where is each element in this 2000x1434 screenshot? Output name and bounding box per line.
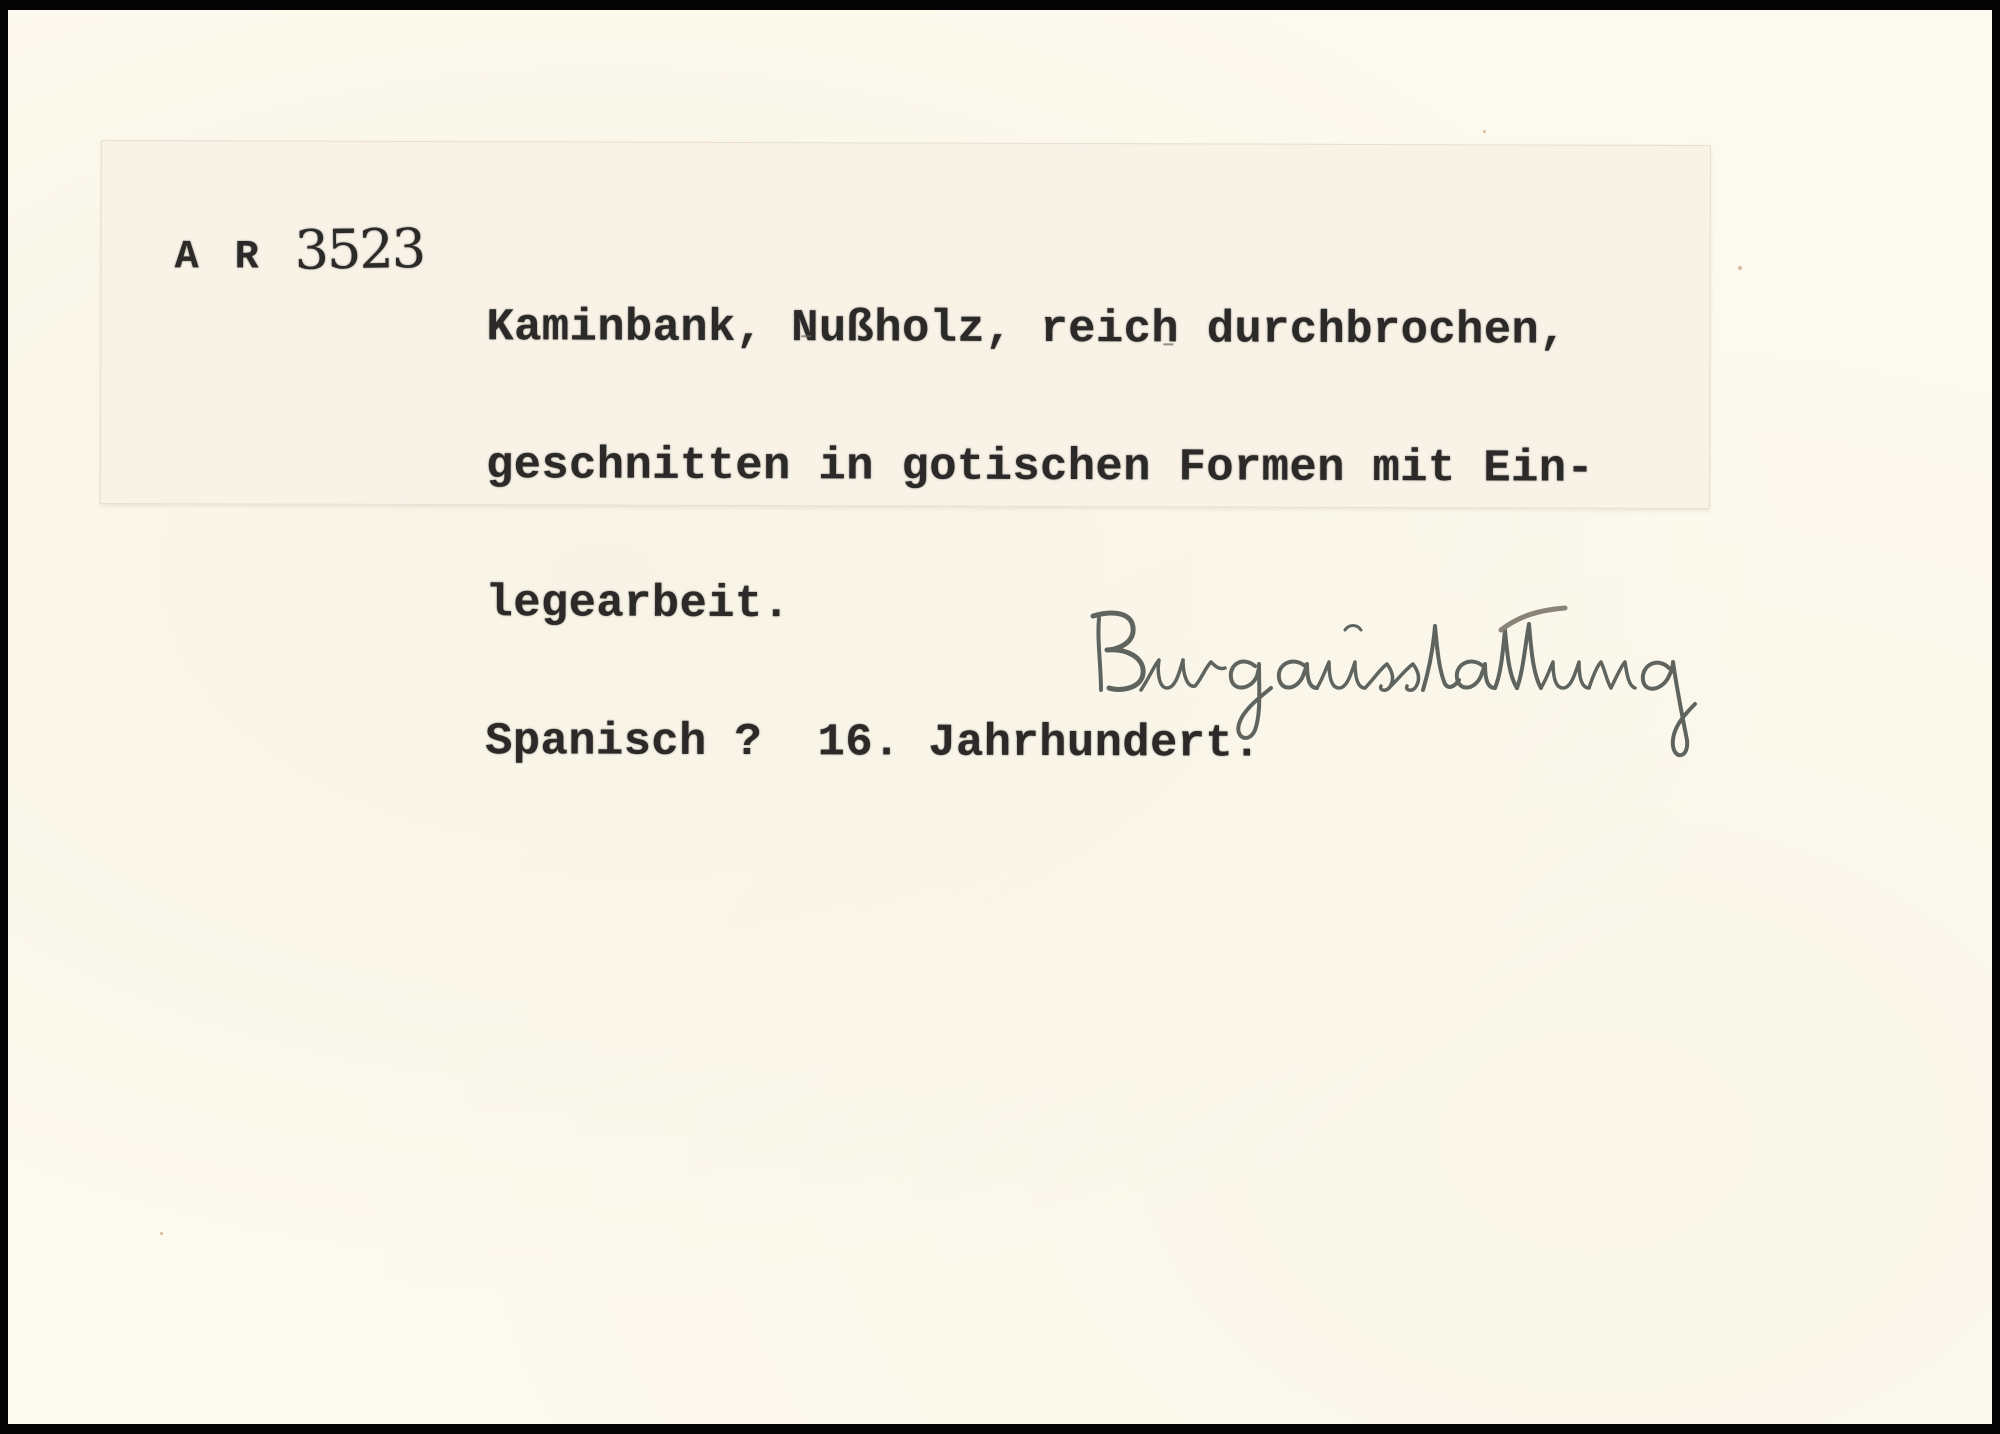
accession-number: A R 3523 — [175, 217, 425, 281]
typed-catalog-label: A R 3523 Kaminbank, Nußholz, reich durch… — [100, 140, 1711, 509]
paper-speck — [160, 1232, 163, 1235]
handwritten-category-note: Burgausstattung — [1083, 580, 1823, 770]
description-line-2: geschnitten in gotischen Formen mit Ein- — [486, 442, 1594, 491]
paper-speck — [1483, 130, 1486, 133]
accession-prefix-r: R — [235, 235, 295, 280]
paper-speck — [1738, 266, 1742, 270]
scan-border: A R 3523 Kaminbank, Nußholz, reich durch… — [0, 0, 2000, 1434]
accession-number-value: 3523 — [294, 217, 424, 282]
accession-prefix-a: A — [175, 235, 235, 280]
mount-card: A R 3523 Kaminbank, Nußholz, reich durch… — [8, 10, 1992, 1424]
handwriting-script-icon — [1083, 580, 1823, 770]
description-line-1: Kaminbank, Nußholz, reich durchbrochen, — [486, 304, 1594, 353]
pencil-tick-mark — [801, 335, 811, 337]
pencil-tick-mark — [1163, 343, 1173, 345]
